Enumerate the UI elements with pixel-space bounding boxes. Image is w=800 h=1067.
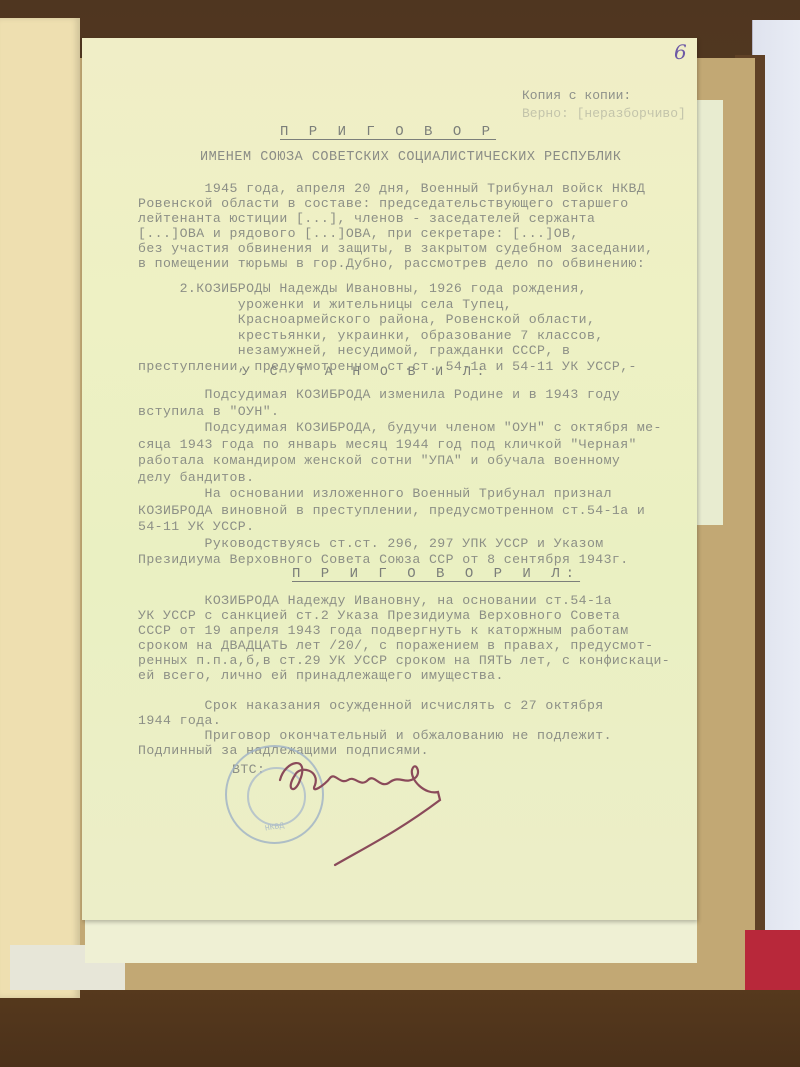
text-line: Срок наказания осужденной исчислять с 27… xyxy=(138,699,604,713)
text-line: 54-11 УК УССР. xyxy=(138,520,254,534)
text-line: вступила в "ОУН". xyxy=(138,405,279,419)
text-line: Подсудимая КОЗИБРОДА, будучи членом "ОУН… xyxy=(138,421,662,435)
text-line: 1944 года. xyxy=(138,714,221,728)
text-line: На основании изложенного Военный Трибуна… xyxy=(138,487,612,501)
text-line: крестьянки, украинки, образование 7 клас… xyxy=(138,329,604,343)
section-established: У С Т А Н О В И Л: xyxy=(242,364,490,379)
folder-cover-left xyxy=(0,18,80,998)
document-title: П Р И Г О В О Р xyxy=(280,124,496,140)
text-line: сроком на ДВАДЦАТЬ лет /20/, с поражение… xyxy=(138,639,653,653)
text-line: без участия обвинения и защиты, в закрыт… xyxy=(138,242,653,256)
text-line: 1945 года, апреля 20 дня, Военный Трибун… xyxy=(138,182,645,196)
desk-foreground xyxy=(0,990,800,1067)
text-line: Ровенской области в составе: председател… xyxy=(138,197,629,211)
text-line: в помещении тюрьмы в гор.Дубно, рассмотр… xyxy=(138,257,645,271)
text-line: ренных п.п.а,б,в ст.29 УК УССР сроком на… xyxy=(138,654,670,668)
page-number: 6 xyxy=(674,40,687,64)
text-line: СССР от 19 апреля 1943 года подвергнуть … xyxy=(138,624,629,638)
text-line: КОЗИБРОДА Надежду Ивановну, на основании… xyxy=(138,594,612,608)
text-line: Руководствуясь ст.ст. 296, 297 УПК УССР … xyxy=(138,537,604,551)
text-line: ей всего, лично ей принадлежащего имущес… xyxy=(138,669,504,683)
text-line: незамужней, несудимой, гражданки СССР, в xyxy=(138,344,570,358)
text-line: Красноармейского района, Ровенской облас… xyxy=(138,313,595,327)
text-line: Президиума Верховного Совета Союза ССР о… xyxy=(138,553,629,567)
text-line: [...]ОВА и рядового [...]ОВА, при секрет… xyxy=(138,227,579,241)
text-line: УК УССР с санкцией ст.2 Указа Президиума… xyxy=(138,609,620,623)
copy-certification: Верно: [неразборчиво] xyxy=(522,106,686,121)
section-sentenced: П Р И Г О В О Р И Л: xyxy=(292,566,580,582)
text-line: делу бандитов. xyxy=(138,471,254,485)
text-line: сяца 1943 года по январь месяц 1944 год … xyxy=(138,438,637,452)
text-line: КОЗИБРОДА виновной в преступлении, преду… xyxy=(138,504,645,518)
document-subtitle: ИМЕНЕМ СОЮЗА СОВЕТСКИХ СОЦИАЛИСТИЧЕСКИХ … xyxy=(200,150,621,165)
text-line: работала командиром женской сотни "УПА" … xyxy=(138,454,620,468)
signature xyxy=(240,740,460,870)
copy-mark: Копия с копии: xyxy=(522,88,631,103)
text-line: уроженки и жительницы села Тупец, xyxy=(138,298,512,312)
text-line: Подсудимая КОЗИБРОДА изменила Родине и в… xyxy=(138,388,620,402)
text-line: 2.КОЗИБРОДЫ Надежды Ивановны, 1926 года … xyxy=(138,282,587,296)
text-line: лейтенанта юстиции [...], членов - засед… xyxy=(138,212,595,226)
